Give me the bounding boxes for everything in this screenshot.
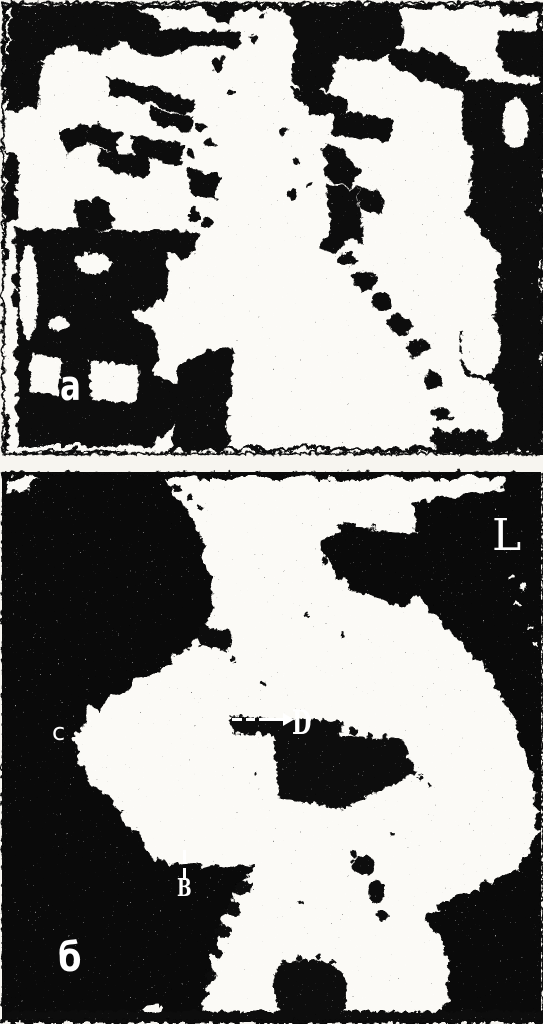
panel-a-label: a [60, 361, 81, 410]
panel-a-black-grain [2, 2, 541, 454]
marker-B: B [177, 873, 192, 902]
marker-c: c [52, 718, 65, 746]
orientation-marker-L: L [492, 510, 521, 561]
panel-b-ct-slice: L c D B б [2, 472, 541, 1022]
marker-D: D [292, 702, 311, 742]
panel-b-black-grain [2, 474, 541, 1020]
figure-canvas: a [0, 0, 543, 1024]
panel-b-label: б [58, 934, 81, 981]
scanned-figure-page: a [0, 0, 543, 1024]
panel-a-radiograph: a [2, 2, 541, 454]
